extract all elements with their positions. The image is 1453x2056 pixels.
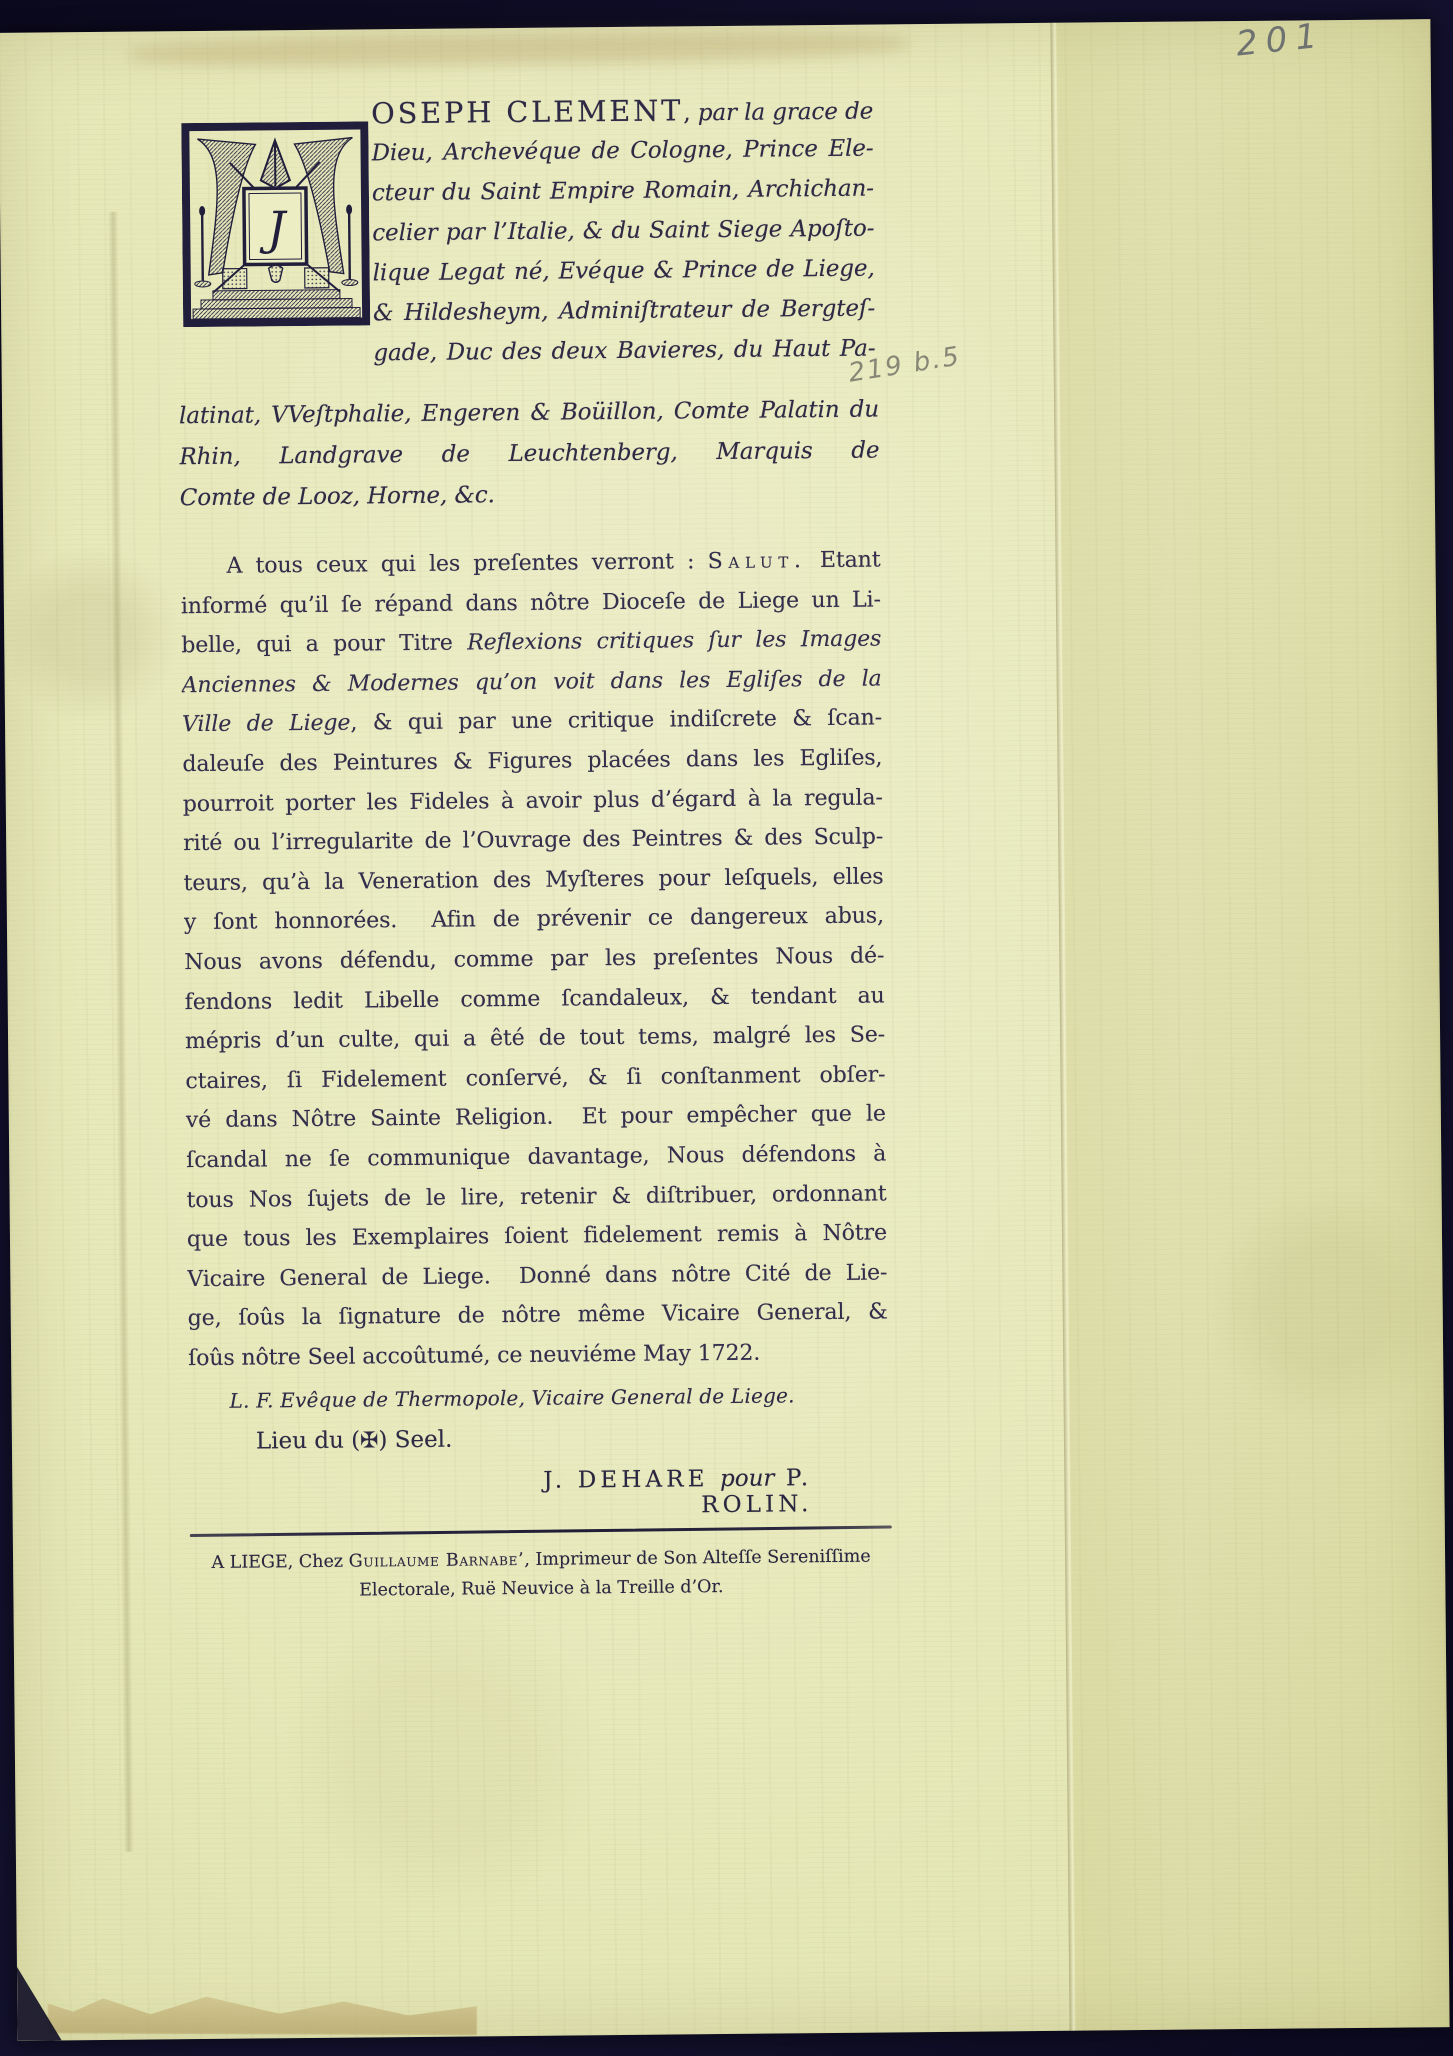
text-segment: Reflexions critiques ſur les Images	[467, 627, 881, 656]
text-segment: y ſont honnorées. Afin de prévenir ce da…	[184, 904, 884, 936]
text-segment: ſcandal ne ſe communique davantage, Nous…	[186, 1141, 886, 1173]
text-line: Nous avons défendu, comme par les preſen…	[184, 936, 884, 982]
text-segment: A LIEGE,	[211, 1552, 299, 1573]
candle-flame-right	[346, 205, 352, 215]
text-segment: Salut.	[708, 548, 807, 574]
text-line: latinat, VVeſtphalie, Engeren & Boüillon…	[179, 389, 879, 437]
text-line: belle, qui a pour Titre Reflexions criti…	[181, 620, 881, 666]
text-segment: OSEPH CLEMENT	[371, 93, 683, 130]
text-line: y ſont honnorées. Afin de prévenir ce da…	[184, 897, 884, 943]
altar-cloth-right	[305, 268, 329, 288]
text-segment: pourroit porter les Fideles à avoir plus…	[183, 785, 883, 817]
text-line: ctaires, ſi Fidelement conſervé, & ſi co…	[185, 1055, 885, 1101]
seal-place-line: Lieu du (✠) Seel.	[256, 1427, 453, 1455]
text-line: daleuſe des Peintures & Figures placées …	[182, 738, 882, 784]
text-line: Vicaire General de Liege. Donné dans nôt…	[187, 1253, 887, 1299]
text-line: celier par l’Italie, & du Saint Siege Ap…	[372, 209, 874, 254]
imprint-line-2: Electorale, Ruë Neuvice à la Treille d’O…	[190, 1575, 892, 1602]
text-segment: latinat, VVeſtphalie, Engeren & Boüillon…	[179, 396, 879, 429]
text-segment: par la grace de	[698, 99, 874, 127]
signed-by-line: J. DEHARE pour P. ROLIN.	[442, 1465, 812, 1521]
body-paragraph: A tous ceux qui les preſentes verront : …	[180, 540, 888, 1378]
text-segment: teurs, qu’à la Veneration des Myſteres p…	[183, 864, 883, 896]
text-segment: Vicaire General de Liege. Donné dans nôt…	[187, 1260, 887, 1292]
imprint-line-1: A LIEGE, Chez Guillaume Barnabe’, Imprim…	[190, 1546, 892, 1573]
text-segment: , Imprimeur de Son Alteſſe Sereniſſime	[524, 1547, 871, 1570]
text-line: lique Legat né, Evéque & Prince de Liege…	[373, 249, 875, 294]
text-line: vé dans Nôtre Sainte Religion. Et pour e…	[186, 1095, 886, 1141]
text-line: cteur du Saint Empire Romain, Archichan-	[372, 169, 874, 214]
text-segment: vé dans Nôtre Sainte Religion. Et pour e…	[186, 1102, 886, 1134]
text-segment: & Hildesheym, Adminiſtrateur de Bergteſ-	[373, 296, 875, 327]
initial-woodcut: J	[181, 121, 370, 327]
text-line: tous Nos ſujets de le lire, retenir & di…	[186, 1174, 886, 1220]
right-paper-strip	[1056, 19, 1449, 2030]
text-segment: daleuſe des Peintures & Figures placées …	[182, 745, 882, 777]
text-segment: tous Nos ſujets de le lire, retenir & di…	[186, 1181, 886, 1213]
text-line: que tous les Exemplaires ſoient fideleme…	[187, 1214, 887, 1260]
text-line: fendons ledit Libelle comme ſcandaleux, …	[185, 976, 885, 1022]
text-segment: ge, ſoûs la ſignature de nôtre même Vica…	[188, 1300, 888, 1332]
text-segment: Chez	[299, 1552, 349, 1572]
text-line: ge, ſoûs la ſignature de nôtre même Vica…	[188, 1293, 888, 1339]
text-segment: Nous avons défendu, comme par les preſen…	[184, 943, 884, 975]
text-segment: Ville de Liege	[182, 711, 351, 738]
altar-step-3	[193, 307, 360, 319]
text-segment: fendons ledit Libelle comme ſcandaleux, …	[185, 983, 885, 1015]
text-segment: informé qu’il ſe répand dans nôtre Dioce…	[181, 587, 881, 619]
imprint-rule	[190, 1525, 892, 1537]
text-line: Ville de Liege, & qui par une critique i…	[182, 699, 882, 745]
text-line: informé qu’il ſe répand dans nôtre Dioce…	[181, 580, 881, 626]
text-line: Dieu, Archevéque de Cologne, Prince Ele-	[371, 129, 873, 174]
fold-shadow	[108, 212, 134, 1852]
candle-base-right	[342, 279, 358, 285]
text-line: teurs, qu’à la Veneration des Myſteres p…	[183, 857, 883, 903]
text-segment: ſoûs nôtre Seel accoûtumé, ce neuviéme M…	[188, 1341, 760, 1371]
text-line: rité ou l’irregularite de l’Ouvrage des …	[183, 818, 883, 864]
vicar-signature-line: L. F. Evêque de Thermopole, Vicaire Gene…	[229, 1383, 794, 1412]
text-segment: Etant	[807, 547, 881, 573]
text-line: Comte de Looz, Horne, &c.	[180, 471, 880, 519]
text-segment: Anciennes & Modernes qu’on voit dans les…	[182, 666, 882, 698]
text-segment: ctaires, ſi Fidelement conſervé, & ſi co…	[185, 1062, 885, 1094]
text-line: pourroit porter les Fideles à avoir plus…	[183, 778, 883, 824]
text-segment: Guillaume Barnabe’	[349, 1550, 525, 1572]
text-segment: A tous ceux qui les preſentes verront :	[180, 549, 707, 579]
paper-sheet: J OSEPH CLEMENT, par la grace deDieu, Ar…	[0, 19, 1450, 2041]
text-line: mépris d’un culte, qui a êté de tout tem…	[185, 1016, 885, 1062]
text-segment: lique Legat né, Evéque & Prince de Liege…	[373, 256, 875, 287]
text-line: & Hildesheym, Adminiſtrateur de Bergteſ-	[373, 289, 875, 334]
text-line: Anciennes & Modernes qu’on voit dans les…	[181, 659, 881, 705]
text-line: Rhin, Landgrave de Leuchtenberg, Marquis…	[179, 430, 879, 478]
deckle-edge	[47, 1982, 477, 2036]
text-line: A tous ceux qui les preſentes verront : …	[180, 540, 880, 586]
text-segment: Rhin, Landgrave de Leuchtenberg, Marquis…	[179, 437, 879, 478]
text-segment: Dieu, Archevéque de Cologne, Prince Ele-	[371, 136, 873, 167]
header-lines-beside-woodcut: OSEPH CLEMENT, par la grace deDieu, Arch…	[371, 89, 876, 374]
corner-tear	[17, 1966, 62, 2040]
candle-flame-left	[199, 206, 205, 216]
text-segment: pour	[720, 1466, 775, 1493]
text-line: gade, Duc des deux Bavieres, du Haut Pa-	[373, 329, 875, 374]
text-segment: rité ou l’irregularite de l’Ouvrage des …	[183, 825, 883, 857]
text-line: ſcandal ne ſe communique davantage, Nous…	[186, 1134, 886, 1180]
text-segment: ✠	[360, 1428, 379, 1453]
text-line: ſoûs nôtre Seel accoûtumé, ce neuviéme M…	[188, 1332, 888, 1378]
text-segment: Lieu du (	[256, 1428, 360, 1455]
chalice-icon	[269, 265, 283, 282]
text-segment: mépris d’un culte, qui a êté de tout tem…	[185, 1023, 885, 1055]
text-segment: ) Seel.	[378, 1427, 452, 1454]
text-segment: ,	[683, 100, 698, 126]
text-segment: belle, qui a pour Titre	[181, 631, 467, 659]
text-line: OSEPH CLEMENT, par la grace de	[371, 89, 873, 134]
text-segment: Comte de Looz, Horne, &c.	[180, 482, 495, 511]
header-lines-full-width: latinat, VVeſtphalie, Engeren & Boüillon…	[179, 389, 880, 519]
text-segment: , & qui par une critique indiſcrete & ſc…	[350, 706, 882, 736]
candle-base-left	[195, 281, 211, 287]
text-segment: cteur du Saint Empire Romain, Archichan-	[372, 176, 874, 207]
text-segment: celier par l’Italie, & du Saint Siege Ap…	[372, 216, 874, 247]
altar-cloth-left	[223, 269, 247, 289]
text-segment: gade, Duc des deux Bavieres, du Haut Pa-	[373, 336, 875, 367]
text-segment: que tous les Exemplaires ſoient fideleme…	[187, 1221, 887, 1253]
text-segment: J. DEHARE	[543, 1466, 720, 1494]
scanned-document-page: J OSEPH CLEMENT, par la grace deDieu, Ar…	[0, 0, 1453, 2056]
top-edge-stain	[128, 28, 908, 70]
